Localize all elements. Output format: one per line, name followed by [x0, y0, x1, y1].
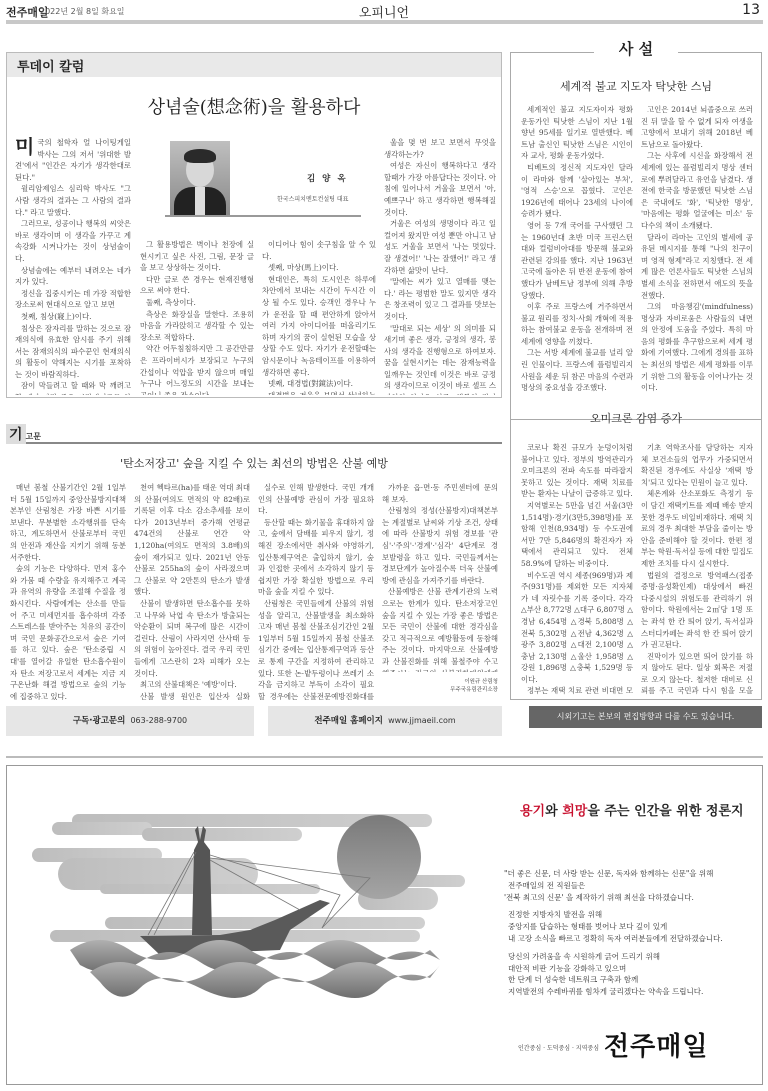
today-column-title: 상념술(想念術)을 활용하다 [7, 93, 501, 119]
author-photo [170, 141, 230, 215]
guest-byline: 이원규 산림청 무주국유림관리소장 [430, 678, 498, 694]
editorial-title: 세계적 불교 지도자 탁낫한 스님 [511, 78, 761, 94]
author-name: 김 양 옥 [307, 172, 348, 184]
editorial-label: 사 설 [511, 38, 761, 59]
today-col-3: 이디어나 힘이 솟구침을 알 수 있다. 셋째, 마상(馬上)이다. 현대인은,… [262, 239, 376, 395]
omicron-editorial: 오미크론 감염 증가 코로나 확진 규모가 눈덩이처럼 불어나고 있다. 정부의… [510, 420, 762, 700]
subscribe-ad: 구독·광고문의 063-288-9700 [6, 706, 254, 736]
guest-col-3: 실수로 인해 발생한다. 국민 개개인의 산불예방 관심이 가장 필요하다. 등… [258, 482, 374, 700]
section-title: 오피니언 [0, 2, 768, 21]
disclaimer-notice: 시외기고는 본보의 편집방향과 다를 수도 있습니다. [529, 706, 762, 728]
section-rule [6, 756, 763, 758]
editorial: 사 설 세계적 불교 지도자 탁낫한 스님 세계적인 불교 지도자이자 평화 운… [510, 52, 762, 420]
dropcap: 미 [15, 137, 34, 155]
guest-col-4: 가까운 읍·면·동 주민센터에 문의해 보자. 산림청의 정성(산불방지)대책본… [382, 482, 498, 672]
guest-col-2: 천여 헥타르(ha)를 태운 역대 최대의 산불(여의도 면적의 약 82배)로… [134, 482, 250, 700]
banner-slogan: "더 좋은 신문, 더 사랑 받는 신문, 독자와 함께하는 신문"을 위해 전… [504, 868, 723, 1004]
omicron-title: 오미크론 감염 증가 [511, 410, 761, 426]
homepage-ad[interactable]: 전주매일 홈페이지 www.jjmaeil.com [268, 706, 502, 736]
today-col-4: 울을 몇 번 보고 보면서 무엇을 생각하는가? 여성은 자신이 행복하다고 생… [384, 137, 496, 395]
today-col-1: 미 국의 철학자 얼 나이팅게일 박사는 그의 저서 '위대한 발견'에서 "인… [15, 137, 131, 395]
editorial-col-2: 고인은 2014년 뇌졸중으로 쓰러진 뒤 말을 할 수 없게 되자 여생을 고… [641, 104, 753, 410]
guest-article-title: '탄소저장고' 숲을 지킬 수 있는 최선의 방법은 산불 예방 [6, 455, 502, 471]
page-number: 13 [742, 2, 760, 18]
today-column-header: 투데이 칼럼 [7, 53, 501, 77]
ship-illustration-icon [20, 800, 470, 1040]
guest-label-big: 기 [6, 424, 26, 444]
header-rule [6, 20, 763, 24]
editorial-col-1: 세계적인 불교 지도자이자 평화 운동가인 틱낫한 스님이 지난 1월 향년 9… [521, 104, 633, 410]
guest-label-small: 고문 [26, 432, 41, 441]
today-column: 투데이 칼럼 상념술(想念術)을 활용하다 미 국의 철학자 얼 나이팅게일 박… [6, 52, 502, 398]
today-col-2: 그 활용방법은 벽이나 천장에 실현시키고 싶은 사진, 그림, 문장 글을 보… [140, 239, 254, 395]
guest-article-header: 기고문 [6, 424, 502, 444]
banner-motto: 인간중심 · 도덕중심 · 지역중심 [518, 1043, 599, 1052]
author-affiliation: 한국스피치멘토컨설팅 대표 [277, 194, 348, 203]
photo-rule [165, 215, 361, 217]
omicron-col-1: 코로나 확진 규모가 눈덩이처럼 불어나고 있다. 정부의 방역관리가 오미크론… [521, 442, 633, 696]
omicron-col-2: 기초 역학조사를 담당하는 지자체 보건소들의 업무가 가중되면서 확진된 경우… [641, 442, 753, 696]
banner-title: 용기와 희망을 주는 인간을 위한 정론지 [520, 800, 744, 819]
newspaper-logo: 전주매일 [604, 1026, 708, 1063]
guest-col-1: 매년 봄철 산불기간인 2월 1일부터 5월 15일까지 중앙산불방지대책본부인… [10, 482, 126, 700]
